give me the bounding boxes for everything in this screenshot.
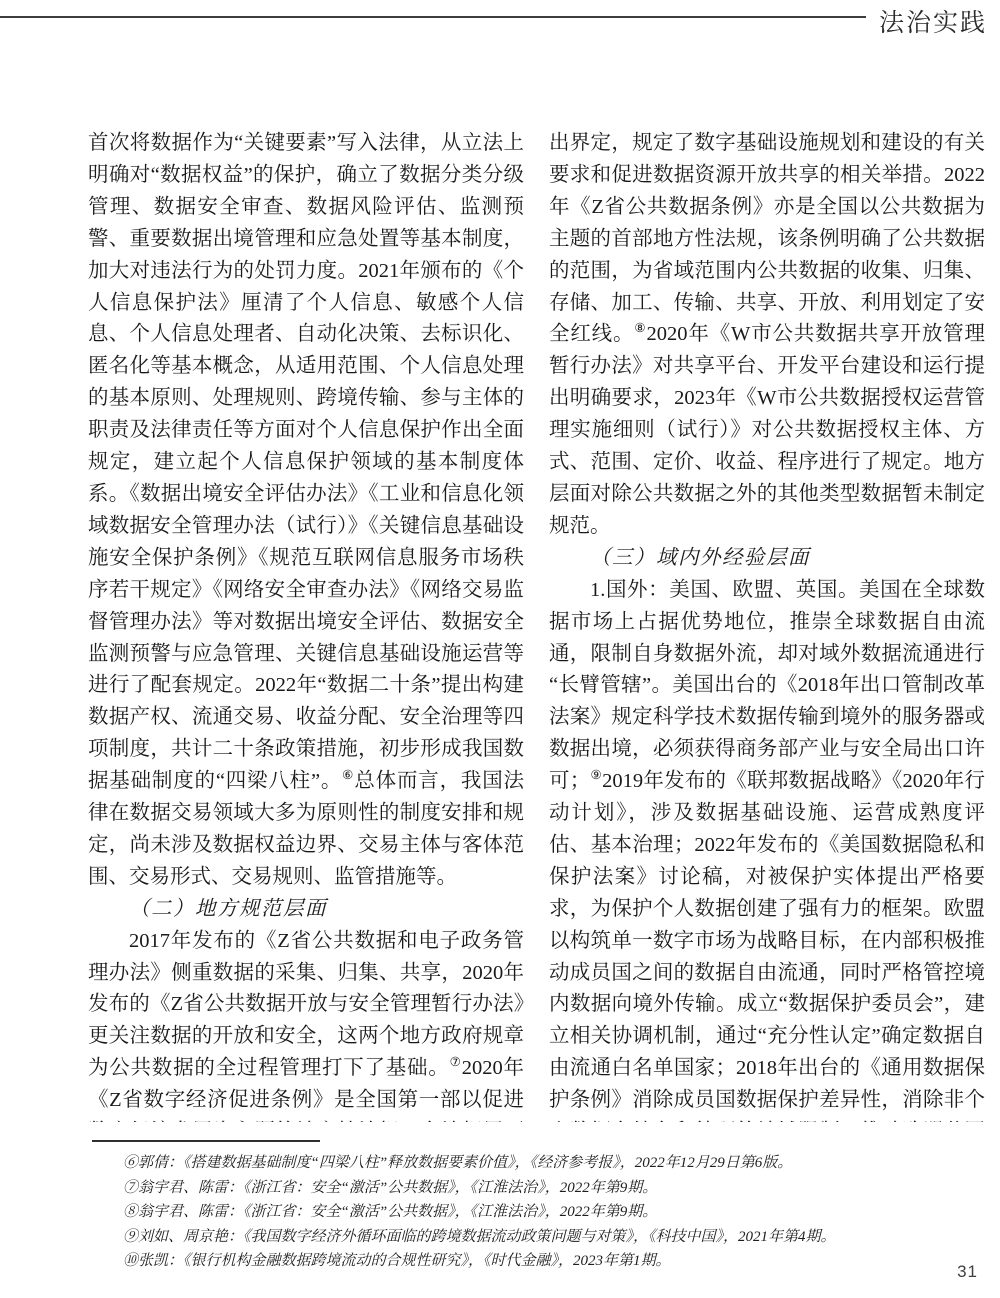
section-title: 法治实践 <box>879 3 987 39</box>
footnote-marker-8: ⑧ <box>634 322 646 336</box>
footnote-6: ⑥郭倩：《搭建数据基础制度“四梁八柱”释放数据要素价值》，《经济参考报》，202… <box>123 1151 985 1176</box>
paragraph-text: 2020年《W市公共数据共享开放管理暂行办法》对共享平台、开发平台建设和运行提出… <box>549 323 985 536</box>
paragraph-text: 2019年发布的《联邦数据战略》《2020年行动计划》，涉及数据基础设施、运营成… <box>549 770 985 1122</box>
left-column: 首次将数据作为“关键要素”写入法律，从立法上明确对“数据权益”的保护，确立了数据… <box>88 128 524 1122</box>
paragraph-text: 首次将数据作为“关键要素”写入法律，从立法上明确对“数据权益”的保护，确立了数据… <box>88 132 524 792</box>
footnote-marker-9: ⑨ <box>590 768 602 782</box>
page-number: 31 <box>957 1262 978 1282</box>
subsection-heading-3: （三）域内外经验层面 <box>549 543 985 575</box>
footnote-10: ⑩张凯：《银行机构金融数据跨境流动的合规性研究》，《时代金融》，2023年第1期… <box>123 1249 985 1274</box>
article-body: 首次将数据作为“关键要素”写入法律，从立法上明确对“数据权益”的保护，确立了数据… <box>88 128 985 1122</box>
footnote-marker-7: ⑦ <box>450 1055 462 1069</box>
paragraph: 2017年发布的《Z省公共数据和电子政务管理办法》侧重数据的采集、归集、共享，2… <box>88 926 524 1122</box>
document-page: 法治实践 首次将数据作为“关键要素”写入法律，从立法上明确对“数据权益”的保护，… <box>0 0 1000 1298</box>
paragraph-continuation: 出界定，规定了数字基础设施规划和建设的有关要求和促进数据资源开放共享的相关举措。… <box>549 128 985 543</box>
paragraph-continuation: 首次将数据作为“关键要素”写入法律，从立法上明确对“数据权益”的保护，确立了数据… <box>88 128 524 894</box>
paragraph-text: 出界定，规定了数字基础设施规划和建设的有关要求和促进数据资源开放共享的相关举措。… <box>549 132 985 345</box>
footnote-separator <box>92 1140 320 1142</box>
footnotes: ⑥郭倩：《搭建数据基础制度“四梁八柱”释放数据要素价值》，《经济参考报》，202… <box>123 1151 985 1274</box>
right-column: 出界定，规定了数字基础设施规划和建设的有关要求和促进数据资源开放共享的相关举措。… <box>549 128 985 1122</box>
footnote-marker-6: ⑥ <box>342 768 354 782</box>
footnote-9: ⑨刘如、周京艳：《我国数字经济外循环面临的跨境数据流动政策问题与对策》，《科技中… <box>123 1225 985 1250</box>
paragraph-text: 1.国外：美国、欧盟、英国。美国在全球数据市场上占据优势地位，推崇全球数据自由流… <box>549 579 985 792</box>
header-rule <box>0 16 866 18</box>
footnote-8: ⑧翁宇君、陈雷：《浙江省：安全“激活”公共数据》，《江淮法治》，2022年第9期… <box>123 1200 985 1225</box>
paragraph: 1.国外：美国、欧盟、英国。美国在全球数据市场上占据优势地位，推崇全球数据自由流… <box>549 575 985 1122</box>
subsection-heading-2: （二）地方规范层面 <box>88 894 524 926</box>
footnote-7: ⑦翁宇君、陈雷：《浙江省：安全“激活”公共数据》，《江淮法治》，2022年第9期… <box>123 1176 985 1201</box>
